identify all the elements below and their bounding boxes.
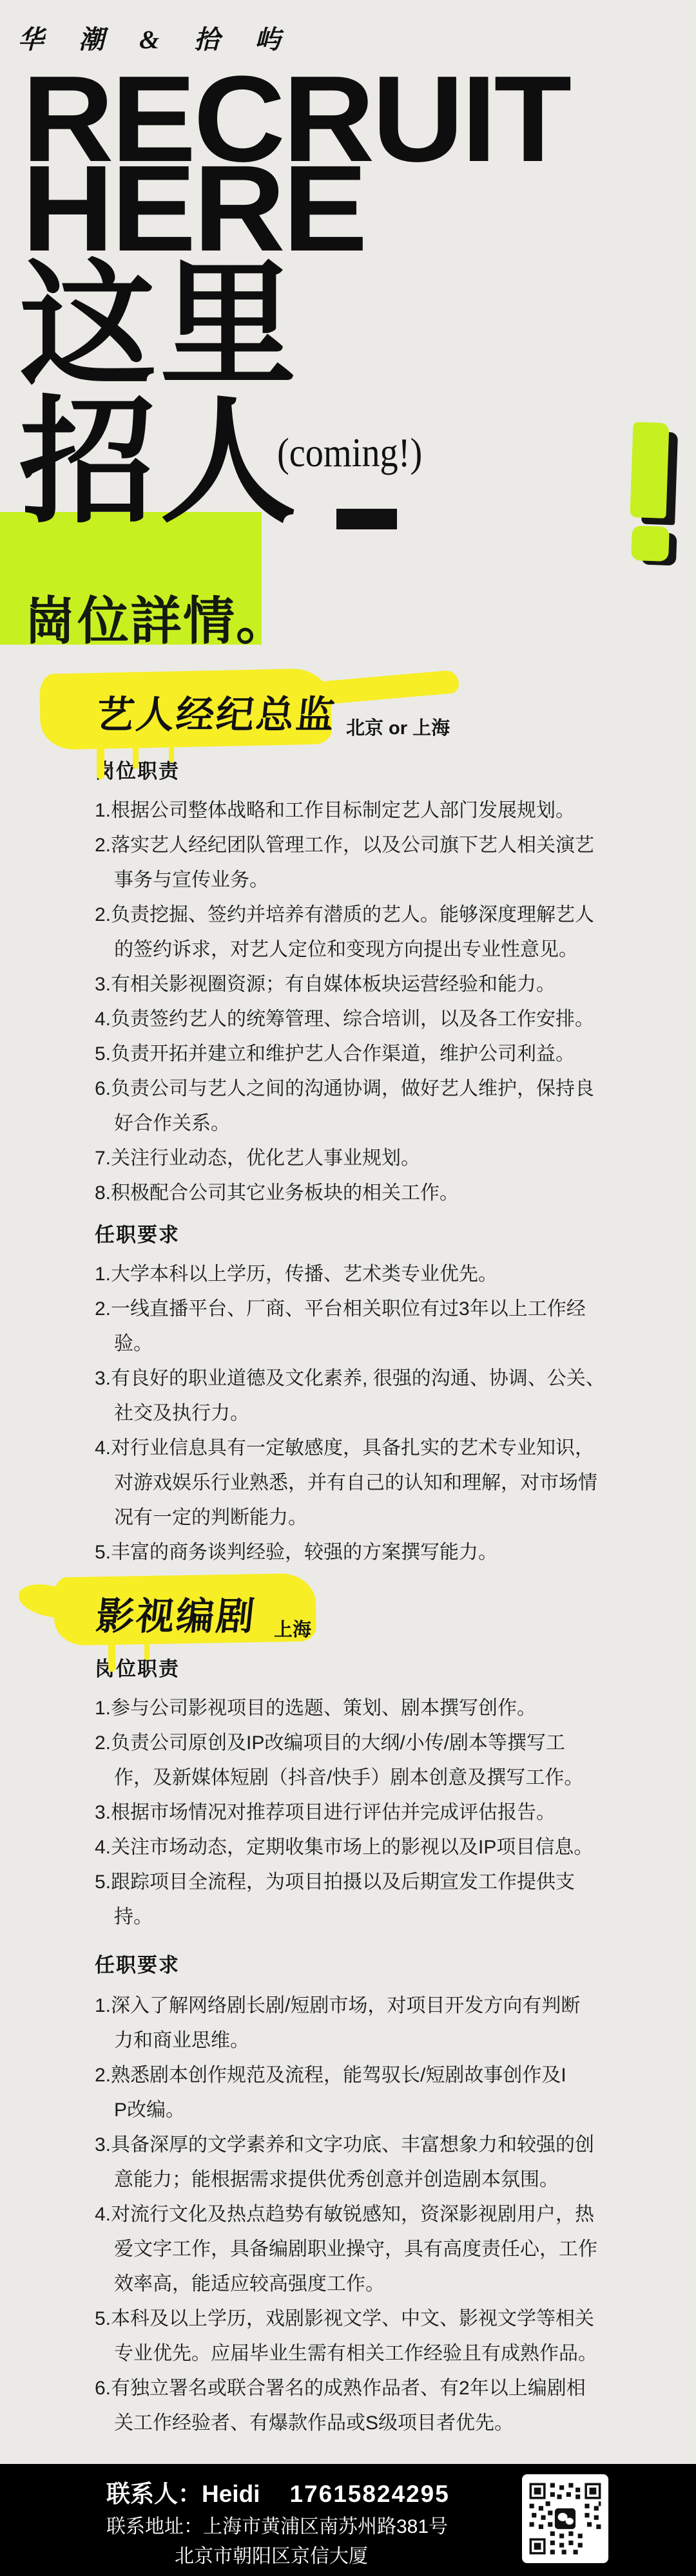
text-line: 力和商业思维。 bbox=[95, 2023, 597, 2058]
text-line: 2.负责公司原创及IP改编项目的大纲/小传/剧本等撰写工 bbox=[95, 1726, 593, 1761]
requirements-heading: 任职要求 bbox=[95, 1949, 180, 1978]
list-item: 8.积极配合公司其它业务板块的相关工作。 bbox=[95, 1176, 594, 1211]
text-line: 社交及执行力。 bbox=[95, 1396, 605, 1431]
list-item: 1.大学本科以上学历，传播、艺术类专业优先。 bbox=[95, 1257, 605, 1292]
text-line: 5.负责开拓并建立和维护艺人合作渠道，维护公司利益。 bbox=[95, 1037, 594, 1072]
text-line: 4.对行业信息具有一定敏感度，具备扎实的艺术专业知识， bbox=[95, 1431, 605, 1466]
list-item: 5.负责开拓并建立和维护艺人合作渠道，维护公司利益。 bbox=[95, 1037, 594, 1072]
section-location: 北京 or 上海 bbox=[346, 714, 450, 740]
qr-pattern bbox=[527, 2481, 603, 2557]
text-line: 专业优先。应届毕业生需有相关工作经验且有成熟作品。 bbox=[95, 2336, 597, 2371]
contact-line: 联系人：Heidi17615824295 bbox=[106, 2474, 450, 2509]
coming-note: (coming!) bbox=[277, 429, 422, 477]
text-line: 7.关注行业动态，优化艺人事业规划。 bbox=[95, 1141, 594, 1176]
text-line: 3.根据市场情况对推荐项目进行评估并完成评估报告。 bbox=[95, 1795, 593, 1830]
requirements-list: 1.大学本科以上学历，传播、艺术类专业优先。2.一线直播平台、厂商、平台相关职位… bbox=[95, 1257, 605, 1570]
paint-drip bbox=[97, 744, 104, 779]
text-line: 2.负责挖掘、签约并培养有潜质的艺人。能够深度理解艺人 bbox=[95, 898, 594, 933]
exclamation-mark-icon bbox=[632, 422, 669, 561]
duties-list: 1.根据公司整体战略和工作目标制定艺人部门发展规划。2.落实艺人经纪团队管理工作… bbox=[95, 793, 594, 1211]
underscore-block bbox=[336, 509, 397, 529]
list-item: 2.熟悉剧本创作规范及流程，能驾驭长/短剧故事创作及IP改编。 bbox=[95, 2058, 597, 2128]
text-line: 3.具备深厚的文学素养和文字功底、丰富想象力和较强的创 bbox=[95, 2128, 597, 2163]
text-line: 1.大学本科以上学历，传播、艺术类专业优先。 bbox=[95, 1257, 605, 1292]
text-line: 2.一线直播平台、厂商、平台相关职位有过3年以上工作经 bbox=[95, 1292, 605, 1327]
paint-drip bbox=[108, 1641, 115, 1672]
list-item: 5.本科及以上学历，戏剧影视文学、中文、影视文学等相关专业优先。应届毕业生需有相… bbox=[95, 2302, 597, 2371]
contact-label: 联系人： bbox=[106, 2481, 202, 2507]
duties-heading: 岗位职责 bbox=[95, 1653, 180, 1681]
text-line: 6.有独立署名或联合署名的成熟作品者、有2年以上编剧相 bbox=[95, 2371, 597, 2406]
text-line: 况有一定的判断能力。 bbox=[95, 1501, 605, 1535]
list-item: 2.负责公司原创及IP改编项目的大纲/小传/剧本等撰写工作，及新媒体短剧（抖音/… bbox=[95, 1726, 593, 1795]
text-line: 对游戏娱乐行业熟悉，并有自己的认知和理解，对市场情 bbox=[95, 1466, 605, 1501]
list-item: 3.根据市场情况对推荐项目进行评估并完成评估报告。 bbox=[95, 1795, 593, 1830]
address-line-shanghai: 联系地址：上海市黄浦区南苏州路381号 bbox=[106, 2510, 448, 2539]
contact-phone: 17615824295 bbox=[289, 2481, 449, 2507]
text-line: 爱文字工作，具备编剧职业操守，具有高度责任心，工作 bbox=[95, 2232, 597, 2267]
requirements-list: 1.深入了解网络剧长剧/短剧市场，对项目开发方向有判断力和商业思维。2.熟悉剧本… bbox=[95, 1989, 597, 2441]
list-item: 6.负责公司与艺人之间的沟通协调，做好艺人维护，保持良好合作关系。 bbox=[95, 1072, 594, 1141]
text-line: 8.积极配合公司其它业务板块的相关工作。 bbox=[95, 1176, 594, 1211]
section-location: 上海 bbox=[274, 1615, 311, 1642]
list-item: 1.参与公司影视项目的选题、策划、剧本撰写创作。 bbox=[95, 1691, 593, 1726]
list-item: 2.负责挖掘、签约并培养有潜质的艺人。能够深度理解艺人的签约诉求，对艺人定位和变… bbox=[95, 898, 594, 967]
text-line: 3.有良好的职业道德及文化素养, 很强的沟通、协调、公关、 bbox=[95, 1361, 605, 1396]
wechat-qr-code bbox=[522, 2474, 608, 2563]
exclamation-dot bbox=[631, 526, 670, 562]
text-line: P改编。 bbox=[95, 2093, 597, 2128]
headline-chinese: 这里 招人 bbox=[19, 256, 300, 531]
text-line: 作，及新媒体短剧（抖音/快手）剧本创意及撰写工作。 bbox=[95, 1761, 593, 1795]
recruitment-poster: 华 潮 & 拾 屿 RECRUIT HERE 这里 招人 (coming!) 崗… bbox=[0, 0, 696, 2576]
list-item: 5.跟踪项目全流程，为项目拍摄以及后期宣发工作提供支持。 bbox=[95, 1865, 593, 1935]
section-title-artist-agent-director: 艺人经纪总监 bbox=[94, 684, 340, 739]
text-line: 1.深入了解网络剧长剧/短剧市场，对项目开发方向有判断 bbox=[95, 1989, 597, 2023]
text-line: 5.丰富的商务谈判经验，较强的方案撰写能力。 bbox=[95, 1535, 605, 1570]
text-line: 4.关注市场动态，定期收集市场上的影视以及IP项目信息。 bbox=[95, 1830, 593, 1865]
text-line: 5.跟踪项目全流程，为项目拍摄以及后期宣发工作提供支 bbox=[95, 1865, 593, 1900]
address-line-beijing: 北京市朝阳区京信大厦 bbox=[106, 2540, 436, 2568]
list-item: 1.根据公司整体战略和工作目标制定艺人部门发展规划。 bbox=[95, 793, 594, 828]
text-line: 好合作关系。 bbox=[95, 1106, 594, 1141]
list-item: 3.有良好的职业道德及文化素养, 很强的沟通、协调、公关、社交及执行力。 bbox=[95, 1361, 605, 1431]
contact-name: Heidi bbox=[202, 2481, 260, 2507]
list-item: 3.具备深厚的文学素养和文字功底、丰富想象力和较强的创意能力；能根据需求提供优秀… bbox=[95, 2128, 597, 2197]
paint-drip bbox=[133, 744, 139, 769]
list-item: 4.对行业信息具有一定敏感度，具备扎实的艺术专业知识，对游戏娱乐行业熟悉，并有自… bbox=[95, 1431, 605, 1535]
paint-drip bbox=[144, 1641, 150, 1660]
headline-chinese-line1: 这里 bbox=[19, 256, 300, 393]
text-line: 事务与宣传业务。 bbox=[95, 863, 594, 898]
list-item: 2.落实艺人经纪团队管理工作，以及公司旗下艺人相关演艺事务与宣传业务。 bbox=[95, 828, 594, 898]
list-item: 3.有相关影视圈资源；有自媒体板块运营经验和能力。 bbox=[95, 967, 594, 1002]
duties-list: 1.参与公司影视项目的选题、策划、剧本撰写创作。2.负责公司原创及IP改编项目的… bbox=[95, 1691, 593, 1935]
text-line: 4.负责签约艺人的统筹管理、综合培训，以及各工作安排。 bbox=[95, 1002, 594, 1037]
text-line: 的签约诉求，对艺人定位和变现方向提出专业性意见。 bbox=[95, 933, 594, 967]
list-item: 4.对流行文化及热点趋势有敏锐感知，资深影视剧用户，热爱文字工作，具备编剧职业操… bbox=[95, 2197, 597, 2302]
paint-drip bbox=[169, 746, 174, 762]
details-heading: 崗位詳情。 bbox=[24, 580, 289, 654]
text-line: 5.本科及以上学历，戏剧影视文学、中文、影视文学等相关 bbox=[95, 2302, 597, 2336]
exclamation-bar bbox=[630, 422, 669, 518]
headline-english: RECRUIT HERE bbox=[22, 75, 569, 254]
text-line: 效率高，能适应较高强度工作。 bbox=[95, 2267, 597, 2302]
list-item: 4.关注市场动态，定期收集市场上的影视以及IP项目信息。 bbox=[95, 1830, 593, 1865]
text-line: 1.根据公司整体战略和工作目标制定艺人部门发展规划。 bbox=[95, 793, 594, 828]
text-line: 3.有相关影视圈资源；有自媒体板块运营经验和能力。 bbox=[95, 967, 594, 1002]
list-item: 7.关注行业动态，优化艺人事业规划。 bbox=[95, 1141, 594, 1176]
text-line: 验。 bbox=[95, 1327, 605, 1361]
list-item: 4.负责签约艺人的统筹管理、综合培训，以及各工作安排。 bbox=[95, 1002, 594, 1037]
text-line: 2.熟悉剧本创作规范及流程，能驾驭长/短剧故事创作及I bbox=[95, 2058, 597, 2093]
text-line: 持。 bbox=[95, 1900, 593, 1935]
requirements-heading: 任职要求 bbox=[95, 1218, 180, 1247]
list-item: 6.有独立署名或联合署名的成熟作品者、有2年以上编剧相关工作经验者、有爆款作品或… bbox=[95, 2371, 597, 2441]
headline-chinese-line2: 招人 bbox=[19, 393, 300, 531]
text-line: 关工作经验者、有爆款作品或S级项目者优先。 bbox=[95, 2406, 597, 2441]
text-line: 6.负责公司与艺人之间的沟通协调，做好艺人维护，保持良 bbox=[95, 1072, 594, 1106]
text-line: 1.参与公司影视项目的选题、策划、剧本撰写创作。 bbox=[95, 1691, 593, 1726]
list-item: 5.丰富的商务谈判经验，较强的方案撰写能力。 bbox=[95, 1535, 605, 1570]
list-item: 2.一线直播平台、厂商、平台相关职位有过3年以上工作经验。 bbox=[95, 1292, 605, 1361]
text-line: 意能力；能根据需求提供优秀创意并创造剧本氛围。 bbox=[95, 2163, 597, 2197]
section-title-screenwriter: 影视编剧 bbox=[94, 1586, 260, 1640]
list-item: 1.深入了解网络剧长剧/短剧市场，对项目开发方向有判断力和商业思维。 bbox=[95, 1989, 597, 2058]
text-line: 4.对流行文化及热点趋势有敏锐感知，资深影视剧用户，热 bbox=[95, 2197, 597, 2232]
text-line: 2.落实艺人经纪团队管理工作，以及公司旗下艺人相关演艺 bbox=[95, 828, 594, 863]
